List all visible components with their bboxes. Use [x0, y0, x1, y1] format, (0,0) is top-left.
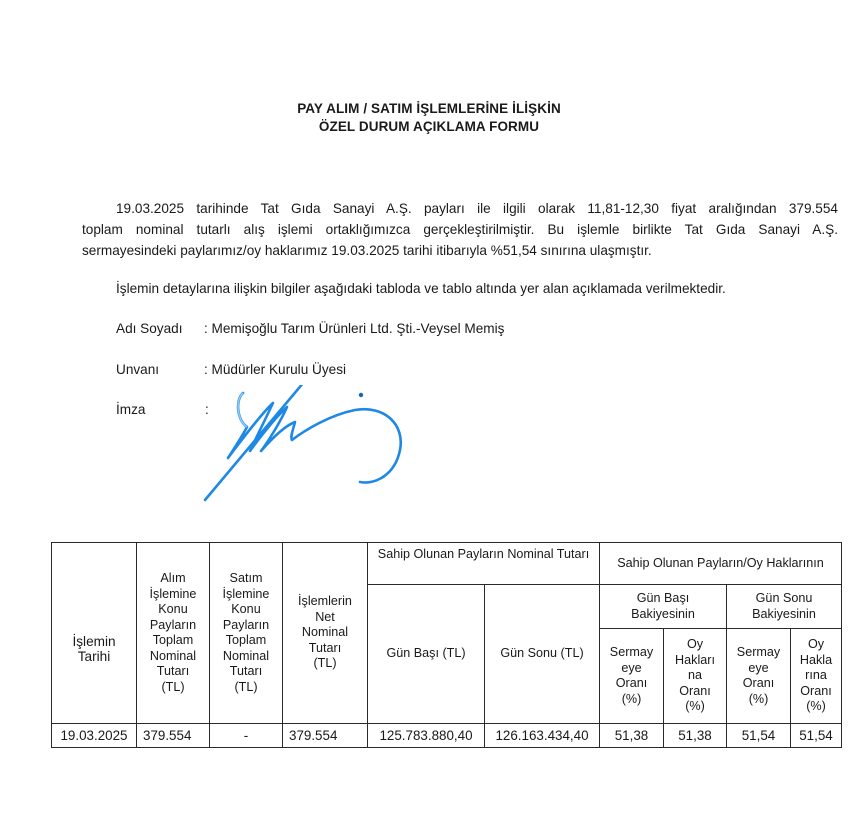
- header-line: (%): [666, 699, 724, 715]
- paragraph-line: sermayesindeki paylarımız/oy haklarımız …: [82, 240, 838, 261]
- header-line: (%): [602, 692, 661, 708]
- form-title-line2: ÖZEL DURUM AÇIKLAMA FORMU: [0, 119, 858, 134]
- transaction-table: İşleminTarihi AlımİşlemineKonuPaylarınTo…: [51, 542, 842, 748]
- header-start-balance: Gün Başı Bakiyesinin: [600, 585, 727, 629]
- header-line: Nominal: [139, 649, 207, 665]
- header-ratio-group: Sahip Olunan Payların/Oy Haklarının: [600, 543, 842, 585]
- header-line: İşlemine: [139, 587, 207, 603]
- cell-start-vote-ratio: 51,38: [664, 724, 727, 748]
- paragraph-line: 19.03.2025 tarihinde Tat Gıda Sanayi A.Ş…: [82, 198, 838, 219]
- header-line: Oy: [666, 637, 724, 653]
- cell-end-vote-ratio: 51,54: [791, 724, 842, 748]
- signature-label: İmza: [116, 402, 145, 417]
- header-line: İşlemine: [212, 587, 280, 603]
- cell-start-capital-ratio: 51,38: [600, 724, 664, 748]
- header-line: Alım: [139, 571, 207, 587]
- header-line: İşlemlerin: [285, 594, 365, 610]
- disclosure-paragraph: 19.03.2025 tarihinde Tat Gıda Sanayi A.Ş…: [82, 198, 838, 261]
- details-paragraph: İşlemin detaylarına ilişkin bilgiler aşa…: [116, 281, 726, 296]
- header-line: Sermay: [729, 645, 788, 661]
- header-line: Oranı: [666, 684, 724, 700]
- header-line: Konu: [212, 602, 280, 618]
- header-text: İşleminTarihi: [72, 634, 115, 665]
- header-line: eye: [729, 661, 788, 677]
- header-nominal-group: Sahip Olunan Payların Nominal Tutarı: [368, 543, 600, 585]
- header-line: (TL): [139, 680, 207, 696]
- header-line: (%): [729, 692, 788, 708]
- header-line: Hakla: [793, 653, 839, 669]
- cell-net: 379.554: [283, 724, 368, 748]
- header-line: Oranı: [602, 676, 661, 692]
- header-line: Sermay: [602, 645, 661, 661]
- header-net-nominal: İşlemlerinNetNominalTutarı(TL): [283, 543, 368, 724]
- header-line: Toplam: [212, 633, 280, 649]
- cell-nominal-end: 126.163.434,40: [485, 724, 600, 748]
- header-sell-nominal: SatımİşlemineKonuPaylarınToplamNominalTu…: [210, 543, 283, 724]
- title-value: : Müdürler Kurulu Üyesi: [204, 362, 346, 377]
- header-end-vote-ratio: OyHaklarınaOranı(%): [791, 629, 842, 724]
- header-line: Nominal: [212, 649, 280, 665]
- header-line: na: [666, 668, 724, 684]
- paragraph-line: toplam nominal tutarlı alış işlemi ortak…: [82, 219, 838, 240]
- header-line: (TL): [285, 656, 365, 672]
- header-end-capital-ratio: SermayeyeOranı(%): [727, 629, 791, 724]
- cell-date: 19.03.2025: [52, 724, 137, 748]
- cell-nominal-start: 125.783.880,40: [368, 724, 485, 748]
- header-start-capital-ratio: SermayeyeOranı(%): [600, 629, 664, 724]
- name-value: : Memişoğlu Tarım Ürünleri Ltd. Şti.-Vey…: [204, 321, 504, 336]
- header-nominal-start: Gün Başı (TL): [368, 585, 485, 724]
- header-buy-nominal: AlımİşlemineKonuPaylarınToplamNominalTut…: [137, 543, 210, 724]
- header-start-vote-ratio: OyHaklarınaOranı(%): [664, 629, 727, 724]
- header-line: Hakları: [666, 653, 724, 669]
- header-line: Oranı: [729, 676, 788, 692]
- title-label: Unvanı: [116, 362, 159, 377]
- header-line: Payların: [212, 618, 280, 634]
- header-transaction-date: İşleminTarihi: [52, 543, 137, 724]
- header-line: Toplam: [139, 633, 207, 649]
- header-line: Net: [285, 610, 365, 626]
- header-end-balance: Gün Sonu Bakiyesinin: [727, 585, 842, 629]
- cell-sell: -: [210, 724, 283, 748]
- form-title-line1: PAY ALIM / SATIM İŞLEMLERİNE İLİŞKİN: [0, 101, 858, 116]
- header-line: Satım: [212, 571, 280, 587]
- header-line: eye: [602, 661, 661, 677]
- header-line: Oy: [793, 637, 839, 653]
- table-row: 19.03.2025 379.554 - 379.554 125.783.880…: [52, 724, 842, 748]
- header-line: Nominal: [285, 625, 365, 641]
- signature-image: [195, 385, 415, 510]
- header-line: Payların: [139, 618, 207, 634]
- header-line: Oranı: [793, 684, 839, 700]
- name-label: Adı Soyadı: [116, 321, 183, 336]
- header-line: (TL): [212, 680, 280, 696]
- cell-buy: 379.554: [137, 724, 210, 748]
- header-line: (%): [793, 699, 839, 715]
- header-line: rına: [793, 668, 839, 684]
- header-nominal-end: Gün Sonu (TL): [485, 585, 600, 724]
- header-line: Tutarı: [285, 641, 365, 657]
- cell-end-capital-ratio: 51,54: [727, 724, 791, 748]
- header-line: Tutarı: [139, 664, 207, 680]
- header-line: Tutarı: [212, 664, 280, 680]
- header-line: Konu: [139, 602, 207, 618]
